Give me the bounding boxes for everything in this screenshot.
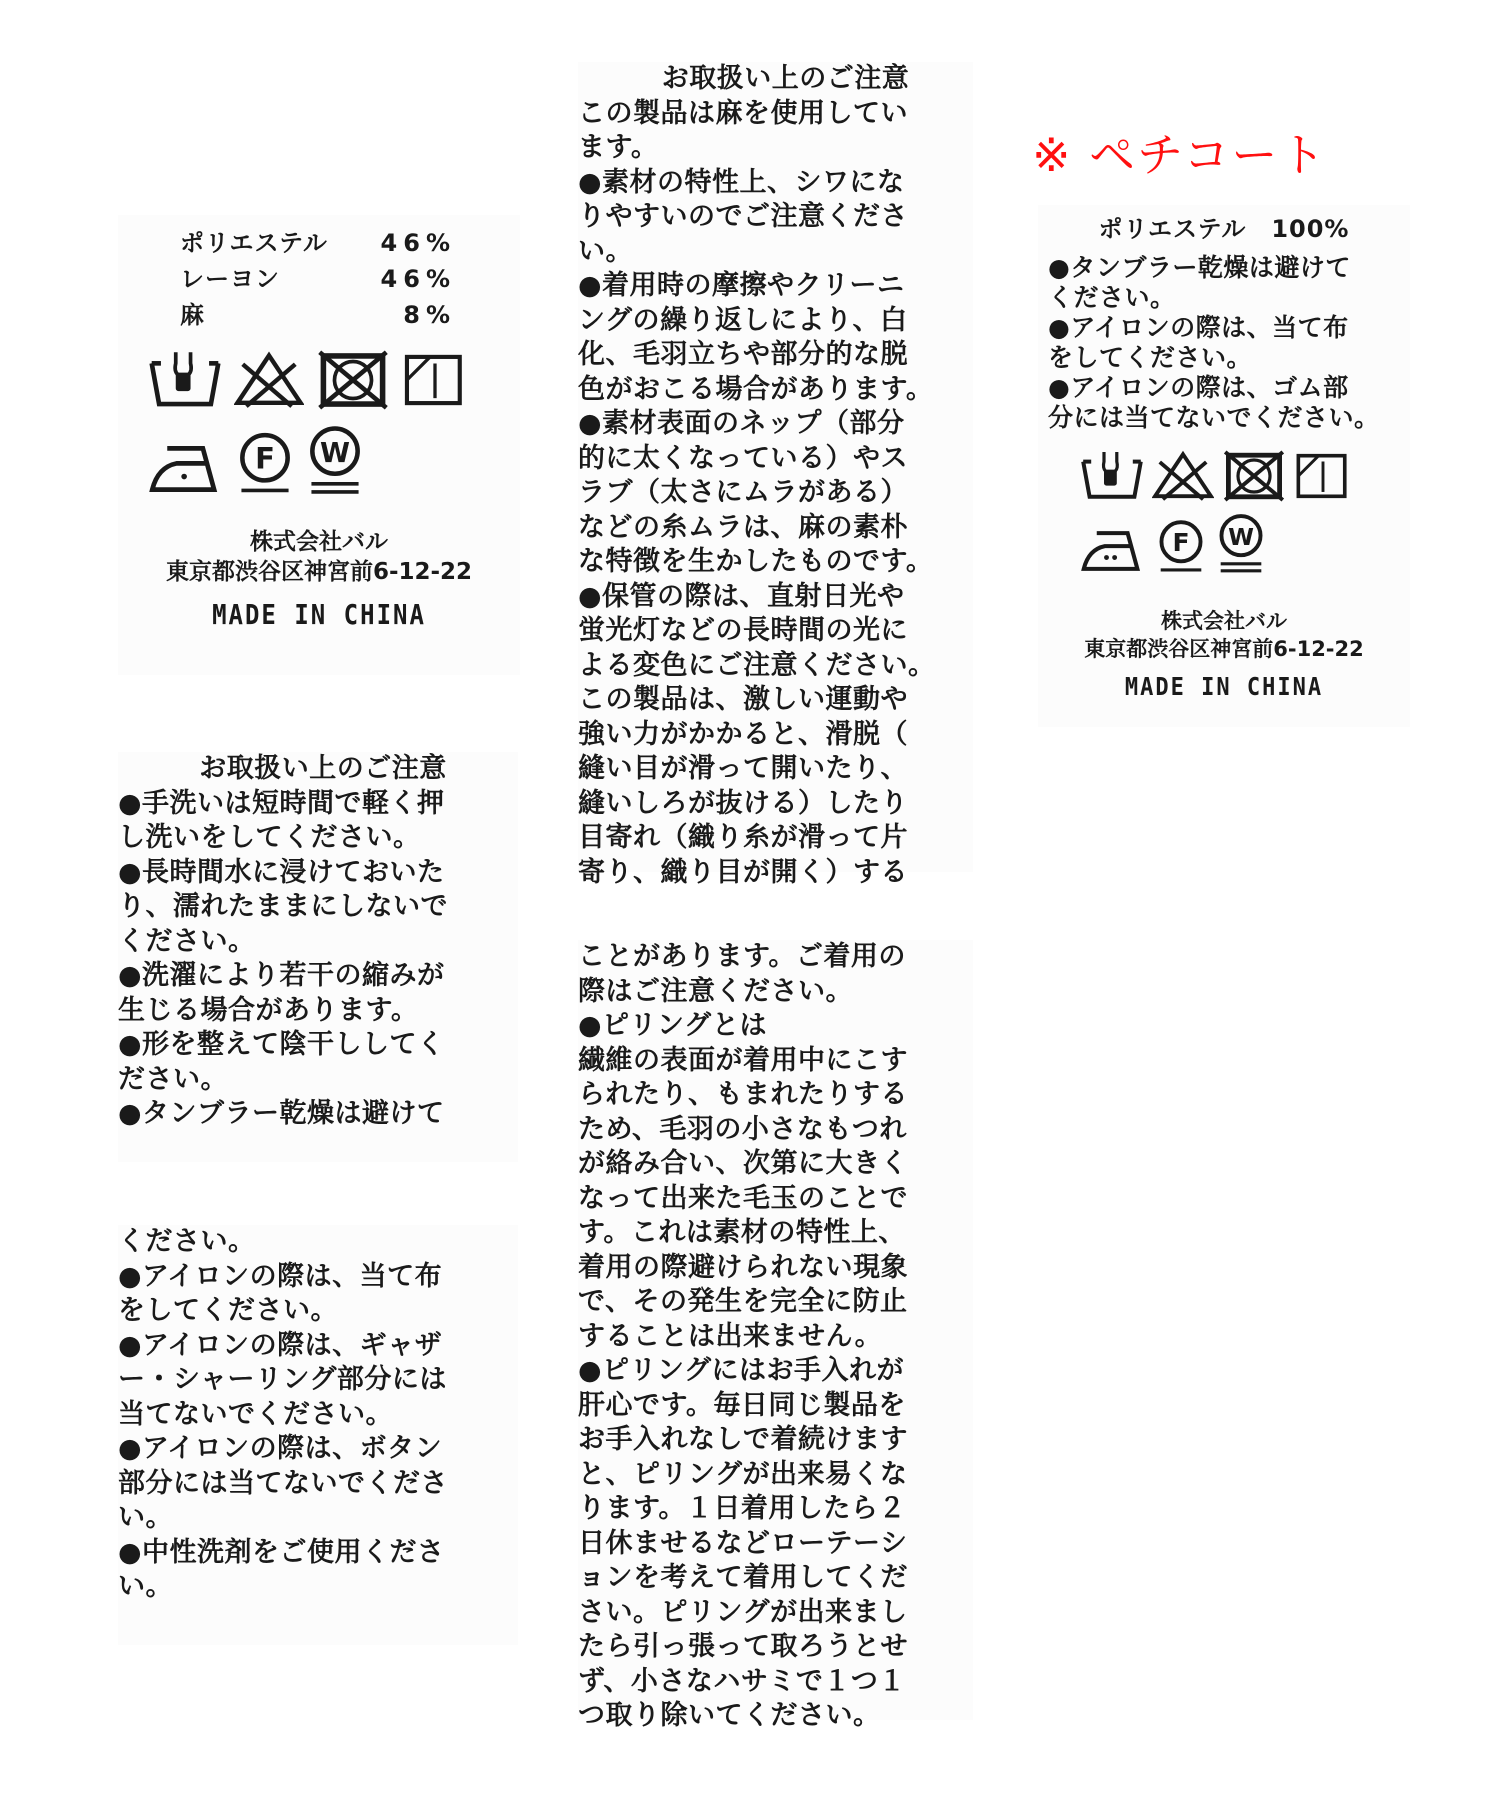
material-percent: 46% bbox=[381, 261, 456, 297]
care-note-line: し洗いをしてください。 bbox=[118, 821, 518, 856]
care-note-line: 的に太くなっている）やス bbox=[578, 442, 973, 477]
care-note-line: ●長時間水に浸けておいた bbox=[118, 856, 518, 891]
care-note-line: たら引っ張って取ろうとせ bbox=[578, 1630, 973, 1665]
no-bleach-icon bbox=[1152, 450, 1214, 502]
care-note-line: ●アイロンの際は、ギャザ bbox=[118, 1329, 518, 1364]
care-note-line: ●形を整えて陰干ししてく bbox=[118, 1028, 518, 1063]
petticoat-heading: ※ ペチコート bbox=[1032, 127, 1327, 183]
care-note-line: ョンを考えて着用してくだ bbox=[578, 1561, 973, 1596]
care-note-line: ります。１日着用したら２ bbox=[578, 1492, 973, 1527]
care-note-line: 着用の際避けられない現象 bbox=[578, 1251, 973, 1286]
company-address: 東京都渋谷区神宮前6-12-22 bbox=[118, 557, 520, 587]
care-note-line: い。 bbox=[578, 235, 973, 270]
care-note-line: ●素材表面のネップ（部分 bbox=[578, 407, 973, 442]
care-note-line: い。 bbox=[118, 1501, 518, 1536]
material-name: レーヨン bbox=[180, 261, 280, 297]
care-symbols-row-2 bbox=[1080, 513, 1266, 577]
care-note-line: ●中性洗剤をご使用くださ bbox=[118, 1536, 518, 1571]
care-note-line: さい。ピリングが出来まし bbox=[578, 1596, 973, 1631]
care-symbols-row-1 bbox=[1080, 450, 1352, 502]
care-note-line: 化、毛羽立ちや部分的な脱 bbox=[578, 338, 973, 373]
care-note-line: ●アイロンの際は、当て布 bbox=[118, 1260, 518, 1295]
dry-clean-f-icon bbox=[1156, 519, 1206, 577]
care-note-line: お手入れなしで着続けます bbox=[578, 1423, 973, 1458]
care-note-line: ●保管の際は、直射日光や bbox=[578, 580, 973, 615]
composition-row: 麻 8% bbox=[180, 297, 456, 333]
care-notes-middle-part2: ことがあります。ご着用の 際はご注意ください。 ●ピリングとは 繊維の表面が着用… bbox=[578, 940, 973, 1720]
hand-wash-icon bbox=[148, 350, 222, 410]
company-address: 東京都渋谷区神宮前6-12-22 bbox=[1038, 635, 1410, 663]
care-note-line: をしてください。 bbox=[118, 1294, 518, 1329]
company-name: 株式会社バル bbox=[118, 527, 520, 557]
care-note-line: 縫いしろが抜ける）したり bbox=[578, 787, 973, 822]
care-note-line: ため、毛羽の小さなもつれ bbox=[578, 1113, 973, 1148]
care-note-line: ラブ（太さにムラがある） bbox=[578, 476, 973, 511]
care-note-line: ー・シャーリング部分には bbox=[118, 1363, 518, 1398]
country-of-origin: MADE IN CHINA bbox=[1038, 673, 1410, 702]
care-note-line: 部分には当てないでくださ bbox=[118, 1467, 518, 1502]
care-note-line: ●アイロンの際は、当て布 bbox=[1048, 313, 1380, 343]
care-note-line: が絡み合い、次第に大きく bbox=[578, 1147, 973, 1182]
iron-medium-icon bbox=[1080, 525, 1146, 577]
care-note-line: ●ピリングにはお手入れが bbox=[578, 1354, 973, 1389]
care-note-line: ●タンブラー乾燥は避けて bbox=[1048, 253, 1380, 283]
care-note-line: 蛍光灯などの長時間の光に bbox=[578, 614, 973, 649]
care-note-line: ことがあります。ご着用の bbox=[578, 940, 973, 975]
composition-row: レーヨン 46% bbox=[180, 261, 456, 297]
care-note-line: ●ピリングとは bbox=[578, 1009, 973, 1044]
care-note-line: で、その発生を完全に防止 bbox=[578, 1285, 973, 1320]
care-note-line: な特徴を生かしたものです。 bbox=[578, 545, 973, 580]
care-symbols-row-2 bbox=[148, 425, 364, 499]
material-name: 麻 bbox=[180, 297, 205, 333]
care-note-line: ●手洗いは短時間で軽く押 bbox=[118, 787, 518, 822]
care-note-line: 日休ませるなどローテーシ bbox=[578, 1527, 973, 1562]
care-note-line: い。 bbox=[118, 1570, 518, 1605]
no-bleach-icon bbox=[234, 350, 304, 410]
care-note-line: と、ピリングが出来易くな bbox=[578, 1458, 973, 1493]
dry-clean-f-icon bbox=[236, 431, 294, 499]
composition-table: ポリエステル 46% レーヨン 46% 麻 8% bbox=[180, 225, 456, 333]
care-note-line: りやすいのでご注意くださ bbox=[578, 200, 973, 235]
care-note-line: ●洗濯により若干の縮みが bbox=[118, 959, 518, 994]
care-note-line: ●タンブラー乾燥は避けて bbox=[118, 1097, 518, 1132]
care-symbols-row-1 bbox=[148, 350, 468, 410]
care-note-line: ださい。 bbox=[118, 1063, 518, 1098]
petticoat-composition: ポリエステル 100% bbox=[1038, 211, 1410, 247]
care-notes-title: お取扱い上のご注意 bbox=[578, 62, 973, 97]
main-care-label: ポリエステル 46% レーヨン 46% 麻 8% 株式会社バル 東京都渋谷区神宮… bbox=[118, 215, 520, 675]
care-note-line: ください。 bbox=[1048, 283, 1380, 313]
care-note-line: り、濡れたままにしないで bbox=[118, 890, 518, 925]
care-note-line: この製品は麻を使用してい bbox=[578, 97, 973, 132]
care-notes-title: お取扱い上のご注意 bbox=[118, 752, 518, 787]
care-note-line: 目寄れ（織り糸が滑って片 bbox=[578, 821, 973, 856]
country-of-origin: MADE IN CHINA bbox=[118, 599, 520, 631]
no-tumble-dry-icon bbox=[1222, 450, 1286, 502]
wet-clean-w-icon bbox=[306, 425, 364, 499]
care-note-line: することは出来ません。 bbox=[578, 1320, 973, 1355]
care-note-line: などの糸ムラは、麻の素朴 bbox=[578, 511, 973, 546]
care-note-line: 色がおこる場合があります。 bbox=[578, 373, 973, 408]
care-note-line: 際はご注意ください。 bbox=[578, 975, 973, 1010]
line-dry-shade-icon bbox=[402, 350, 468, 410]
care-note-line: 繊維の表面が着用中にこす bbox=[578, 1044, 973, 1079]
care-notes-left-part2: ください。 ●アイロンの際は、当て布 をしてください。 ●アイロンの際は、ギャザ… bbox=[118, 1225, 518, 1645]
care-note-line: ●アイロンの際は、ゴム部 bbox=[1048, 373, 1380, 403]
care-note-line: ングの繰り返しにより、白 bbox=[578, 304, 973, 339]
care-note-line: 分には当てないでください。 bbox=[1048, 403, 1380, 433]
care-note-line: ます。 bbox=[578, 131, 973, 166]
care-note-line: 生じる場合があります。 bbox=[118, 994, 518, 1029]
care-note-line: ください。 bbox=[118, 925, 518, 960]
care-notes-left-part1: お取扱い上のご注意 ●手洗いは短時間で軽く押 し洗いをしてください。 ●長時間水… bbox=[118, 752, 518, 1162]
care-note-line: ●素材の特性上、シワにな bbox=[578, 166, 973, 201]
care-notes-middle-part1: お取扱い上のご注意 この製品は麻を使用してい ます。 ●素材の特性上、シワにな … bbox=[578, 62, 973, 872]
care-note-line: をしてください。 bbox=[1048, 343, 1380, 373]
iron-low-icon bbox=[148, 439, 224, 499]
petticoat-care-label: ポリエステル 100% ●タンブラー乾燥は避けて ください。 ●アイロンの際は、… bbox=[1038, 205, 1410, 727]
care-note-line: この製品は、激しい運動や bbox=[578, 683, 973, 718]
wet-clean-w-icon bbox=[1216, 513, 1266, 577]
care-note-line: す。これは素材の特性上、 bbox=[578, 1216, 973, 1251]
care-note-line: 肝心です。毎日同じ製品を bbox=[578, 1389, 973, 1424]
company-name: 株式会社バル bbox=[1038, 607, 1410, 635]
material-name: ポリエステル bbox=[180, 225, 328, 261]
hand-wash-icon bbox=[1080, 450, 1144, 502]
care-note-line: 縫い目が滑って開いたり、 bbox=[578, 752, 973, 787]
care-note-line: ●アイロンの際は、ボタン bbox=[118, 1432, 518, 1467]
care-note-line: よる変色にご注意ください。 bbox=[578, 649, 973, 684]
material-percent: 8% bbox=[403, 297, 456, 333]
composition-row: ポリエステル 46% bbox=[180, 225, 456, 261]
care-note-line: つ取り除いてください。 bbox=[578, 1699, 973, 1734]
care-note-line: ください。 bbox=[118, 1225, 518, 1260]
material-percent: 46% bbox=[381, 225, 456, 261]
no-tumble-dry-icon bbox=[316, 350, 390, 410]
care-note-line: ●着用時の摩擦やクリーニ bbox=[578, 269, 973, 304]
care-note-line: 当てないでください。 bbox=[118, 1398, 518, 1433]
care-note-line: ず、小さなハサミで１つ１ bbox=[578, 1665, 973, 1700]
care-note-line: られたり、もまれたりする bbox=[578, 1078, 973, 1113]
care-note-line: なって出来た毛玉のことで bbox=[578, 1182, 973, 1217]
care-note-line: 寄り、織り目が開く）する bbox=[578, 856, 973, 891]
line-dry-shade-icon bbox=[1294, 450, 1352, 502]
care-note-line: 強い力がかかると、滑脱（ bbox=[578, 718, 973, 753]
